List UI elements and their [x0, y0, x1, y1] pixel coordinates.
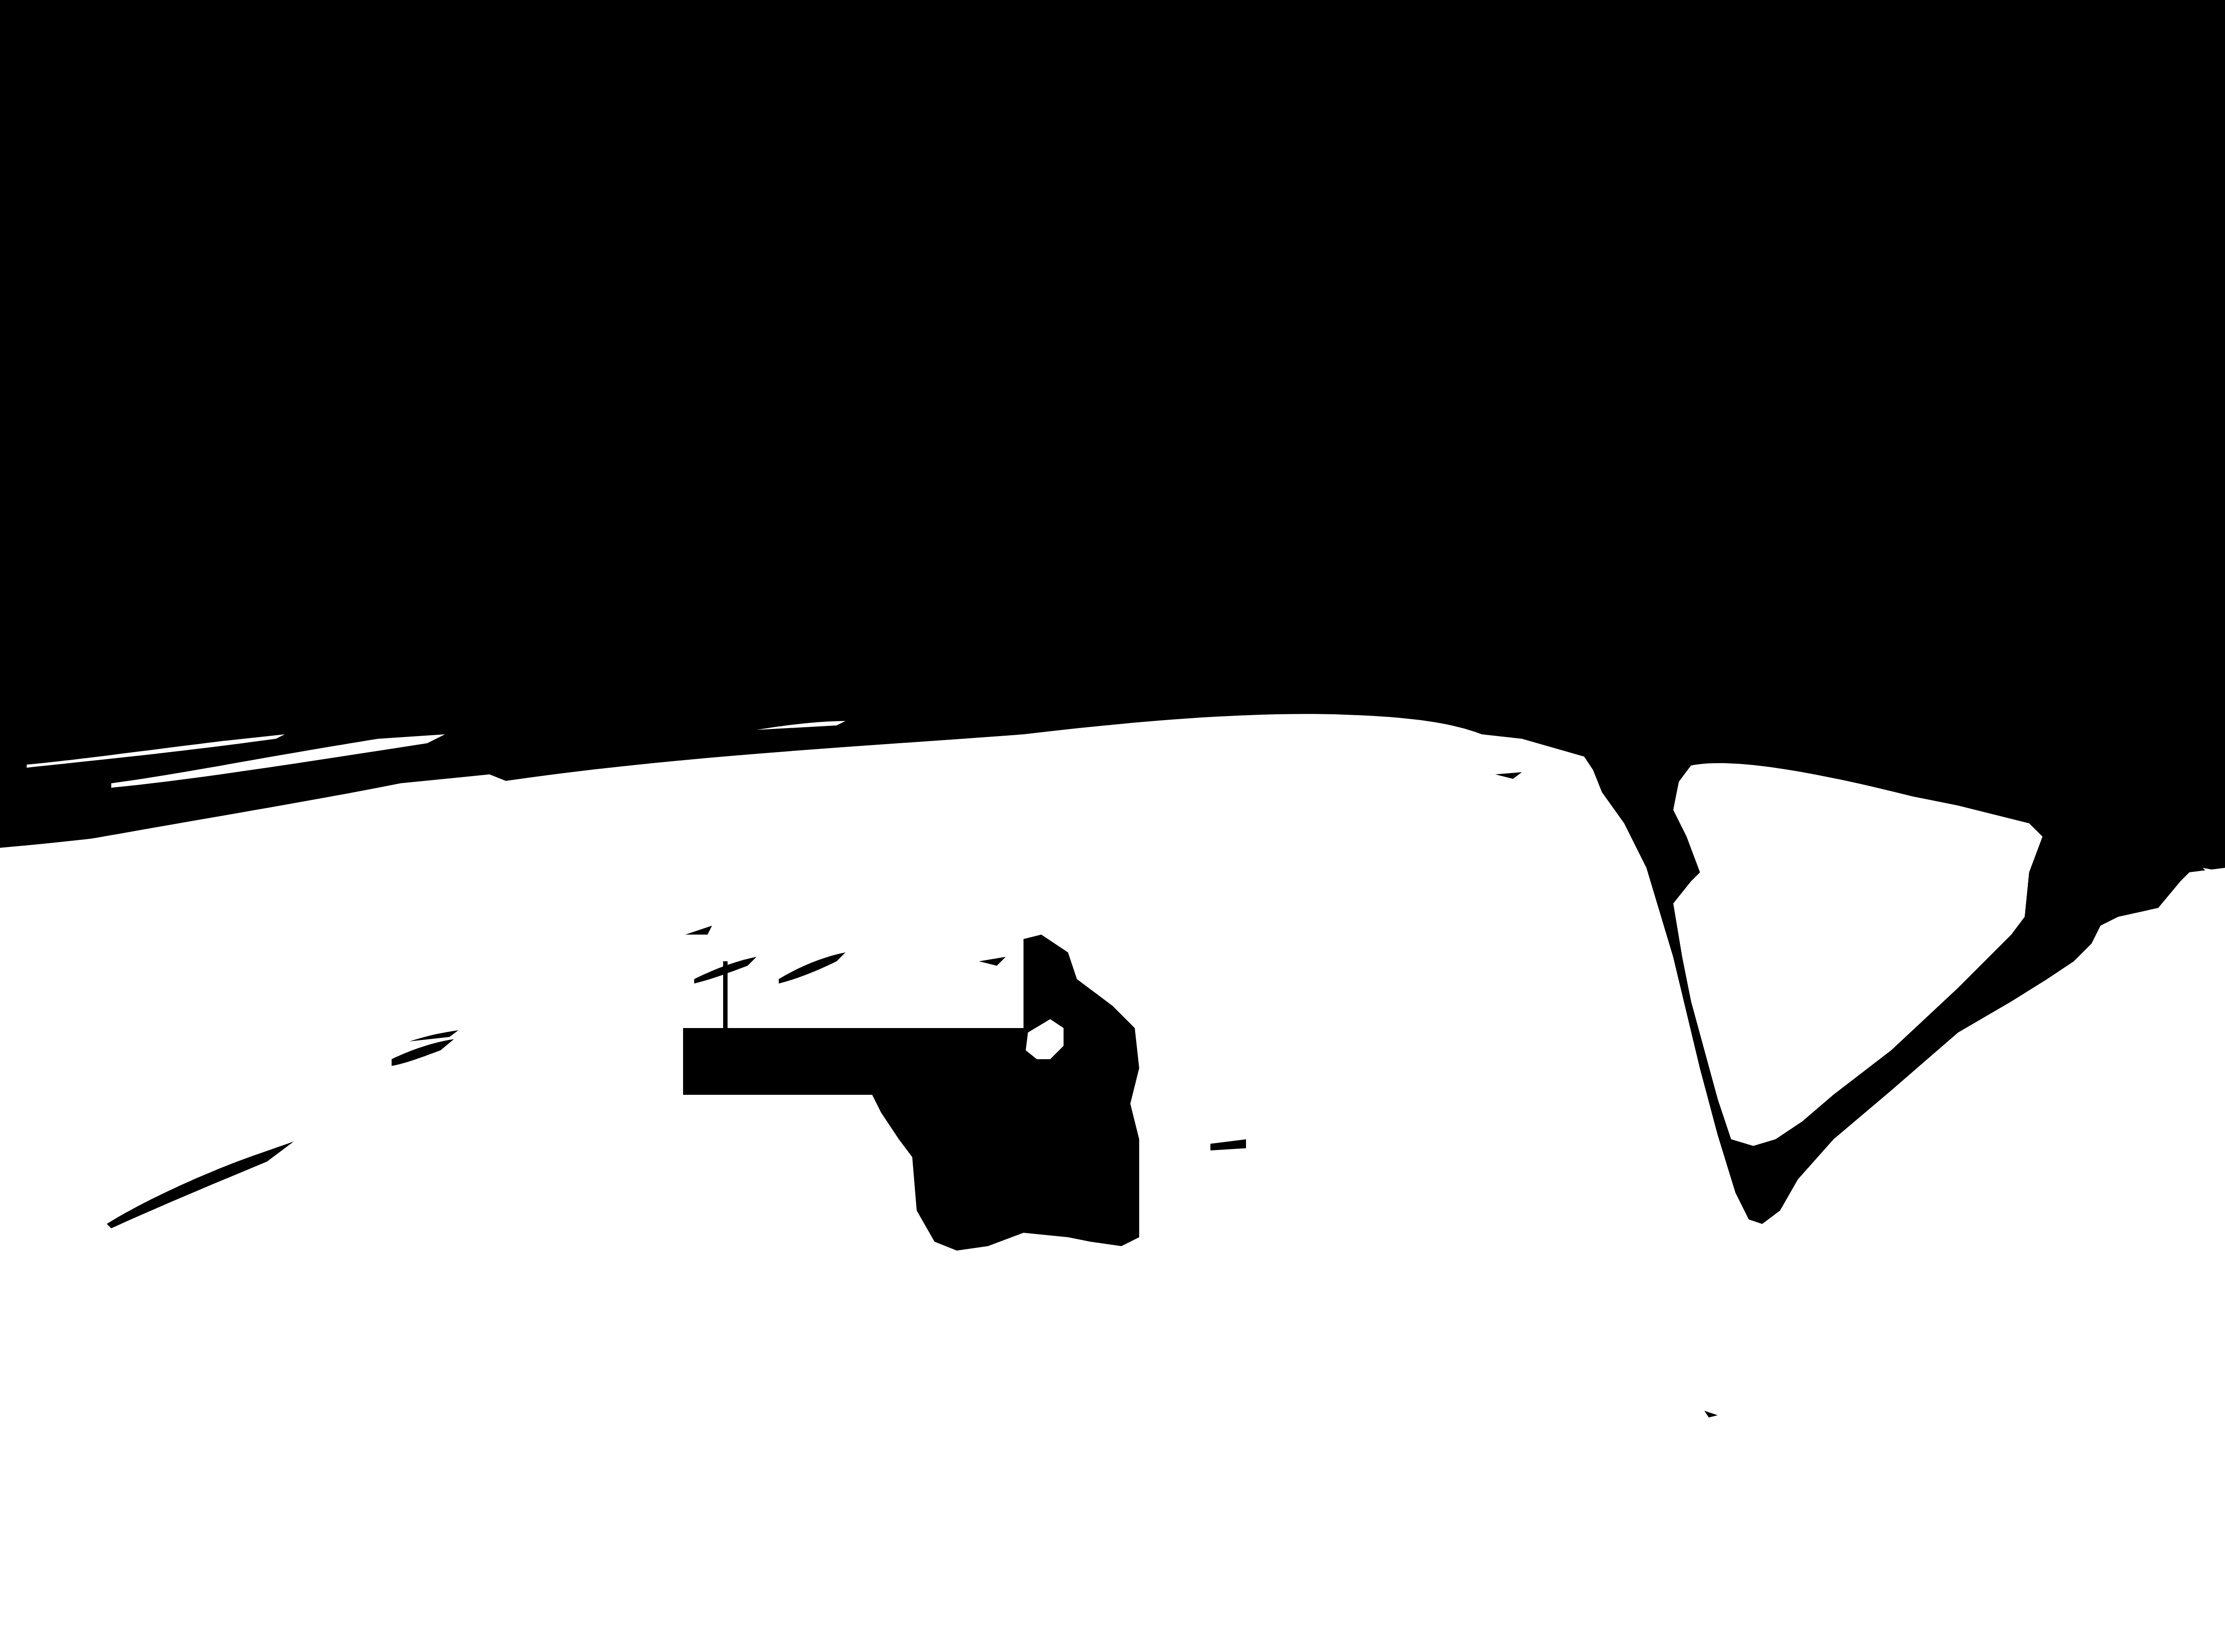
scene	[0, 0, 2225, 1652]
